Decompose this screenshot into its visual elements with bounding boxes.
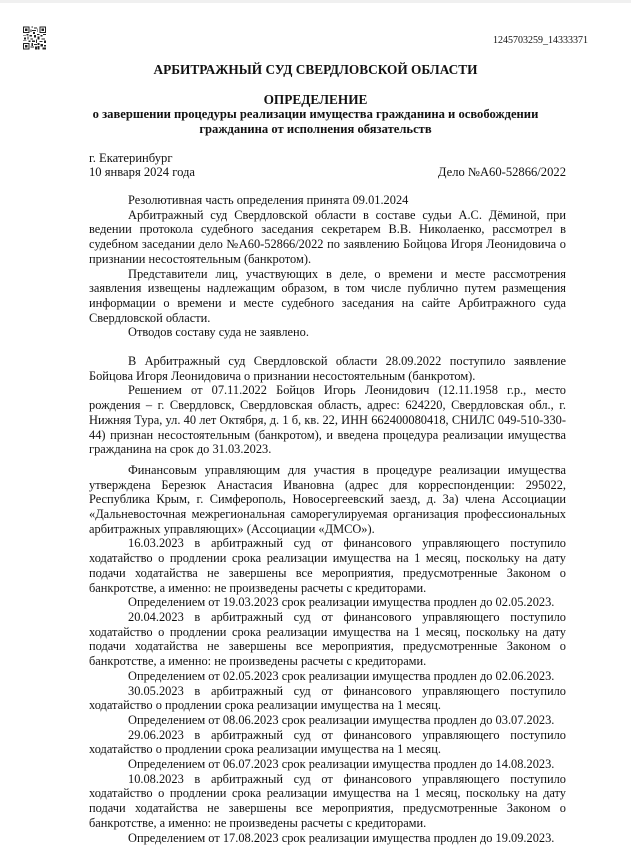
paragraph: Определением от 06.07.2023 срок реализац… [89, 757, 566, 772]
document-title: ОПРЕДЕЛЕНИЕ [0, 92, 631, 108]
document-id: 1245703259_14333371 [493, 35, 588, 46]
paragraph: 30.05.2023 в арбитражный суд от финансов… [89, 684, 566, 713]
document-meta: г. Екатеринбург 10 января 2024 года Дело… [89, 151, 566, 179]
case-number: Дело №А60-52866/2022 [438, 165, 566, 179]
qr-code-icon [23, 26, 46, 50]
paragraph: В Арбитражный суд Свердловской области 2… [89, 354, 566, 383]
subtitle-line-2: гражданина от исполнения обязательств [0, 122, 631, 137]
paragraph: Определением от 08.06.2023 срок реализац… [89, 713, 566, 728]
paragraph: Определением от 19.03.2023 срок реализац… [89, 595, 566, 610]
paragraph: 16.03.2023 в арбитражный суд от финансов… [89, 536, 566, 595]
subtitle-line-1: о завершении процедуры реализации имущес… [0, 107, 631, 122]
paragraph: Определением от 02.05.2023 срок реализац… [89, 669, 566, 684]
paragraph: Решением от 07.11.2022 Бойцов Игорь Леон… [89, 383, 566, 457]
paragraph: Финансовым управляющим для участия в про… [89, 463, 566, 537]
document-subtitle: о завершении процедуры реализации имущес… [0, 107, 631, 136]
paragraph: 10.08.2023 в арбитражный суд от финансов… [89, 772, 566, 831]
court-name: АРБИТРАЖНЫЙ СУД СВЕРДЛОВСКОЙ ОБЛАСТИ [0, 62, 631, 78]
paragraph: Представители лиц, участвующих в деле, о… [89, 267, 566, 326]
paragraph: Определением от 17.08.2023 срок реализац… [89, 831, 566, 846]
city: г. Екатеринбург [89, 151, 566, 165]
paragraph: 29.06.2023 в арбитражный суд от финансов… [89, 728, 566, 757]
document-body: Резолютивная часть определения принята 0… [89, 193, 566, 845]
page-top-edge [0, 0, 631, 3]
paragraph: Арбитражный суд Свердловской области в с… [89, 208, 566, 267]
paragraph: Резолютивная часть определения принята 0… [89, 193, 566, 208]
paragraph: Отводов составу суда не заявлено. [89, 325, 566, 340]
paragraph: 20.04.2023 в арбитражный суд от финансов… [89, 610, 566, 669]
decision-date: 10 января 2024 года [89, 165, 195, 179]
